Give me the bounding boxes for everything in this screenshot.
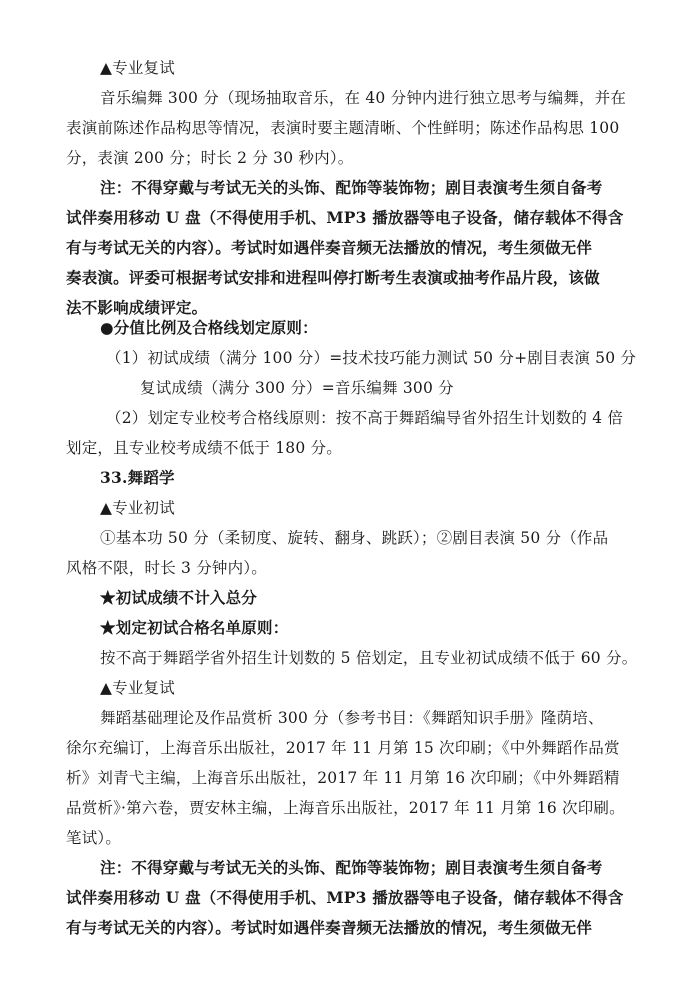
paragraph-line: 舞蹈基础理论及作品赏析 300 分（参考书目：《舞蹈知识手册》隆荫培、 xyxy=(100,703,636,733)
note-line: 有与考试无关的内容）。考试时如遇伴奏音频无法播放的情况，考生须做无伴 xyxy=(66,233,636,263)
section-heading-score-ratio: ●分值比例及合格线划定原则： xyxy=(100,313,636,343)
paragraph-line: 徐尔充编订，上海音乐出版社，2017 年 11 月第 15 次印刷；《中外舞蹈作… xyxy=(66,733,636,763)
rule-line: （2）划定专业校考合格线原则：按不高于舞蹈编导省外招生计划数的 4 倍 xyxy=(106,403,676,433)
note-line: 试伴奏用移动 U 盘（不得使用手机、MP3 播放器等电子设备，储存载体不得含 xyxy=(66,883,636,913)
paragraph-line: 分，表演 200 分；时长 2 分 30 秒内）。 xyxy=(66,143,636,173)
paragraph-line: ①基本功 50 分（柔韧度、旋转、翻身、跳跃）；②剧目表演 50 分（作品 xyxy=(100,523,636,553)
paragraph-line: 音乐编舞 300 分（现场抽取音乐，在 40 分钟内进行独立思考与编舞，并在 xyxy=(100,83,636,113)
rule-line: 复试成绩（满分 300 分）=音乐编舞 300 分 xyxy=(140,373,636,403)
section-heading-retest: ▲专业复试 xyxy=(100,673,636,703)
paragraph-line: 析》刘青弋主编，上海音乐出版社，2017 年 11 月第 16 次印刷；《中外舞… xyxy=(66,763,636,793)
paragraph-line: 表演前陈述作品构思等情况，表演时要主题清晰、个性鲜明；陈述作品构思 100 xyxy=(66,113,636,143)
paragraph-line: 笔试）。 xyxy=(66,823,636,853)
paragraph-line: 按不高于舞蹈学省外招生计划数的 5 倍划定，且专业初试成绩不低于 60 分。 xyxy=(100,643,636,673)
star-note: ★划定初试合格名单原则： xyxy=(100,613,636,643)
star-note: ★初试成绩不计入总分 xyxy=(100,583,636,613)
note-line: 奏表演。评委可根据考试安排和进程叫停打断考生表演或抽考作品片段，该做 xyxy=(66,263,636,293)
rule-line: 划定，且专业校考成绩不低于 180 分。 xyxy=(66,433,636,463)
section-heading-retest: ▲专业复试 xyxy=(100,53,636,83)
note-line: 注：不得穿戴与考试无关的头饰、配饰等装饰物；剧目表演考生须自备考 xyxy=(100,853,636,883)
paragraph-line: 风格不限，时长 3 分钟内）。 xyxy=(66,553,636,583)
note-line: 注：不得穿戴与考试无关的头饰、配饰等装饰物；剧目表演考生须自备考 xyxy=(100,173,636,203)
page-number: 34 xyxy=(0,920,700,932)
section-heading-dance-studies: 33.舞蹈学 xyxy=(100,463,636,493)
section-heading-prelim: ▲专业初试 xyxy=(100,493,636,523)
paragraph-line: 品赏析》·第六卷，贾安林主编，上海音乐出版社，2017 年 11 月第 16 次… xyxy=(66,793,636,823)
document-page: ▲专业复试 音乐编舞 300 分（现场抽取音乐，在 40 分钟内进行独立思考与编… xyxy=(0,0,700,990)
note-line: 试伴奏用移动 U 盘（不得使用手机、MP3 播放器等电子设备，储存载体不得含 xyxy=(66,203,636,233)
rule-line: （1）初试成绩（满分 100 分）=技术技巧能力测试 50 分+剧目表演 50 … xyxy=(106,343,676,373)
